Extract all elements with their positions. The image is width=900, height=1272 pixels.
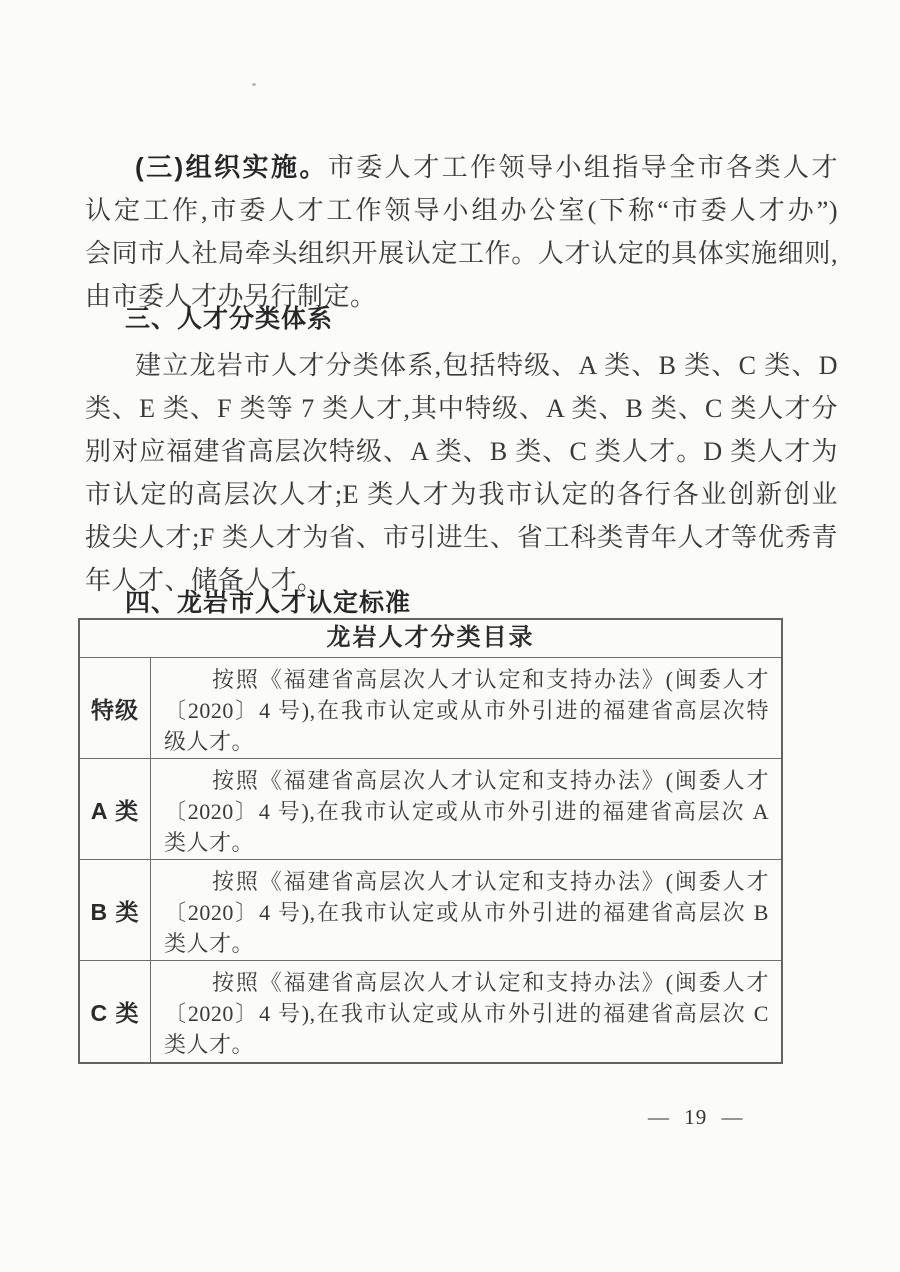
table-row-class-a: A 类 按照《福建省高层次人才认定和支持办法》(闽委人才 〔2020〕4 号),… [80, 759, 781, 860]
paragraph-line: (三)组织实施。市委人才工作领导小组指导全市各类人才 [85, 146, 838, 189]
cell-line: 按照《福建省高层次人才认定和支持办法》(闽委人才 [164, 967, 769, 998]
table-row-label: 特级 [80, 658, 151, 758]
cell-line: 〔2020〕4 号),在我市认定或从市外引进的福建省高层次 A [164, 796, 769, 827]
paragraph-organization-implementation: (三)组织实施。市委人才工作领导小组指导全市各类人才 认定工作,市委人才工作领导… [85, 146, 838, 318]
heading-talent-recognition-standard: 四、龙岩市人才认定标准 [85, 590, 838, 617]
paragraph-line: 市认定的高层次人才;E 类人才为我市认定的各行各业创新创业 [85, 473, 838, 516]
paragraph-line: 别对应福建省高层次特级、A 类、B 类、C 类人才。D 类人才为我 [85, 430, 838, 473]
cell-line: 类人才。 [164, 928, 769, 959]
table-row-description: 按照《福建省高层次人才认定和支持办法》(闽委人才 〔2020〕4 号),在我市认… [151, 860, 781, 960]
paragraph-line: 建立龙岩市人才分类体系,包括特级、A 类、B 类、C 类、D [85, 344, 838, 387]
cell-line: 类人才。 [164, 1029, 769, 1060]
cell-line: 按照《福建省高层次人才认定和支持办法》(闽委人才 [164, 765, 769, 796]
cell-line: 〔2020〕4 号),在我市认定或从市外引进的福建省高层次特 [164, 695, 769, 726]
table-row-description: 按照《福建省高层次人才认定和支持办法》(闽委人才 〔2020〕4 号),在我市认… [151, 759, 781, 859]
cell-line: 按照《福建省高层次人才认定和支持办法》(闽委人才 [164, 866, 769, 897]
paragraph-bold-lead: (三)组织实施。 [135, 152, 328, 182]
cell-line: 按照《福建省高层次人才认定和支持办法》(闽委人才 [164, 664, 769, 695]
document-page: (三)组织实施。市委人才工作领导小组指导全市各类人才 认定工作,市委人才工作领导… [0, 0, 900, 1272]
table-row-description: 按照《福建省高层次人才认定和支持办法》(闽委人才 〔2020〕4 号),在我市认… [151, 961, 781, 1062]
table-row-label: B 类 [80, 860, 151, 960]
scan-artifact-speck [252, 83, 256, 86]
table-row-label: C 类 [80, 961, 151, 1062]
cell-line: 〔2020〕4 号),在我市认定或从市外引进的福建省高层次 B [164, 897, 769, 928]
table-row-special-grade: 特级 按照《福建省高层次人才认定和支持办法》(闽委人才 〔2020〕4 号),在… [80, 658, 781, 759]
table-row-class-c: C 类 按照《福建省高层次人才认定和支持办法》(闽委人才 〔2020〕4 号),… [80, 961, 781, 1062]
paragraph-talent-classification: 建立龙岩市人才分类体系,包括特级、A 类、B 类、C 类、D 类、E 类、F 类… [85, 344, 838, 602]
paragraph-text: 市委人才工作领导小组指导全市各类人才 [328, 153, 838, 182]
table-row-class-b: B 类 按照《福建省高层次人才认定和支持办法》(闽委人才 〔2020〕4 号),… [80, 860, 781, 961]
paragraph-line: 类、E 类、F 类等 7 类人才,其中特级、A 类、B 类、C 类人才分 [85, 387, 838, 430]
page-number: — 19 — [648, 1105, 744, 1130]
talent-classification-table: 龙岩人才分类目录 特级 按照《福建省高层次人才认定和支持办法》(闽委人才 〔20… [78, 618, 783, 1064]
cell-line: 〔2020〕4 号),在我市认定或从市外引进的福建省高层次 C [164, 998, 769, 1029]
paragraph-line: 拔尖人才;F 类人才为省、市引进生、省工科类青年人才等优秀青 [85, 516, 838, 559]
paragraph-line: 会同市人社局牵头组织开展认定工作。人才认定的具体实施细则, [85, 232, 838, 275]
cell-line: 类人才。 [164, 827, 769, 858]
cell-line: 级人才。 [164, 726, 769, 757]
table-row-label: A 类 [80, 759, 151, 859]
heading-talent-classification-system: 三、人才分类体系 [85, 306, 838, 333]
table-row-description: 按照《福建省高层次人才认定和支持办法》(闽委人才 〔2020〕4 号),在我市认… [151, 658, 781, 758]
paragraph-line: 认定工作,市委人才工作领导小组办公室(下称“市委人才办”) [85, 189, 838, 232]
table-title: 龙岩人才分类目录 [80, 620, 781, 658]
